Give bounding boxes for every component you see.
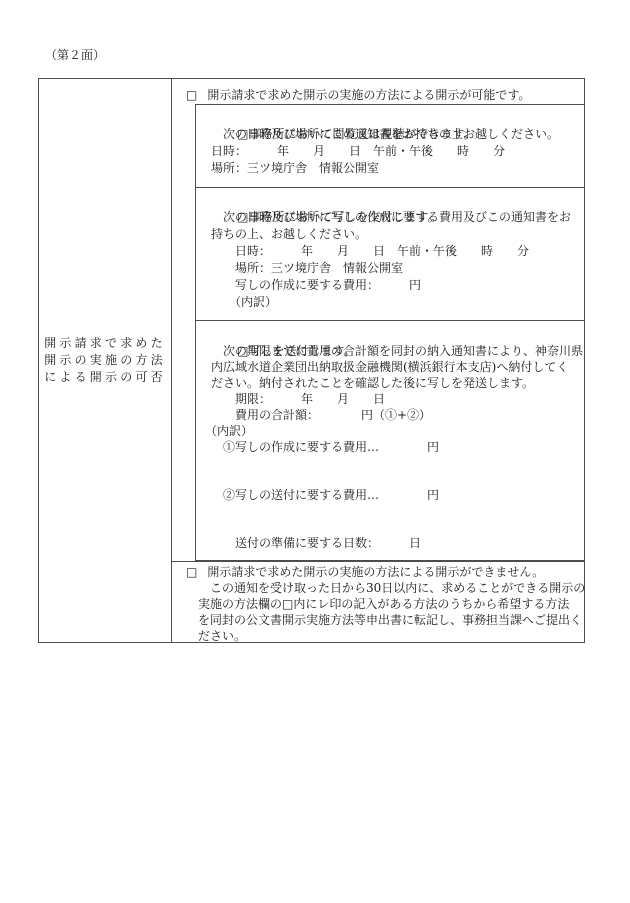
copy-office-breakdown-label: （内訳） <box>199 294 584 311</box>
impossible-instruction-3: を同封の公文書開示実施方法等申出書に転記し、事務担当課へご提出く <box>186 612 584 628</box>
section-view-or-listen: □事務所において閲覧又は視聴ができます。 次の日時及び場所にこの通知書をお持ちの… <box>196 105 584 188</box>
copy-mail-fee-item-2: ②写しの送付に要する費用… 円 <box>199 487 584 503</box>
disclosure-table: 開示請求で求めた 開示の実施の方法 による開示の可否 □ 開示請求で求めた開示の… <box>38 78 585 643</box>
view-listen-instruction: 次の日時及び場所にこの通知書をお持ちの上お越しください。 <box>199 126 584 143</box>
page-title: （第２面） <box>45 46 105 63</box>
disclosure-possible-checkbox[interactable]: □ <box>186 87 197 103</box>
disclosure-possible-label: 開示請求で求めた開示の実施の方法による開示が可能です。 <box>207 87 530 103</box>
section-copy-at-office: □事務所において写しを交付します。 次の日時及び場所に写しの作成に要する費用及び… <box>196 188 584 321</box>
row-header-line: 開示請求で求めた <box>44 335 166 352</box>
copy-mail-instruction-2: 内広域水道企業団出納取扱金融機関(横浜銀行本支店)へ納付してく <box>199 359 584 375</box>
disclosure-impossible-row: □ 開示請求で求めた開示の実施の方法による開示ができません。 この通知を受け取っ… <box>172 561 584 642</box>
disclosure-methods-box: □事務所において閲覧又は視聴ができます。 次の日時及び場所にこの通知書をお持ちの… <box>195 104 584 561</box>
disclosure-possible-row: □ 開示請求で求めた開示の実施の方法による開示が可能です。 <box>172 79 584 103</box>
copy-mail-deadline-line: 期限： 年 月 日 <box>199 391 584 407</box>
row-header-line: 開示の実施の方法 <box>44 352 166 369</box>
blank-line <box>199 519 584 535</box>
copy-mail-instruction-1: 次の期限までに費用の合計額を同封の納入通知書により、神奈川県 <box>199 343 584 359</box>
copy-office-instruction-2: 持ちの上、お越しください。 <box>199 226 584 243</box>
blank-line <box>199 455 584 471</box>
copy-office-instruction-1: 次の日時及び場所に写しの作成に要する費用及びこの通知書をお <box>199 209 584 226</box>
impossible-instruction-2: 実施の方法欄の□内にレ印の記入がある方法のうちから希望する方法 <box>186 596 584 612</box>
view-listen-place-line: 場所：三ツ境庁舎 情報公開室 <box>199 160 584 177</box>
copy-office-place-line: 場所：三ツ境庁舎 情報公開室 <box>199 260 584 277</box>
disclosure-impossible-label: 開示請求で求めた開示の実施の方法による開示ができません。 <box>207 564 544 580</box>
row-header-line: による開示の可否 <box>44 369 166 386</box>
copy-mail-instruction-3: ださい。納付されたことを確認した後に写しを発送します。 <box>199 375 584 391</box>
blank-line <box>199 503 584 519</box>
blank-line <box>199 471 584 487</box>
copy-mail-breakdown-label: （内訳） <box>199 423 584 439</box>
copy-mail-total-fee-line: 費用の合計額： 円（①+②） <box>199 407 584 423</box>
document-page: （第２面） 開示請求で求めた 開示の実施の方法 による開示の可否 □ 開示請求で… <box>0 0 630 903</box>
copy-mail-fee-item-1: ①写しの作成に要する費用… 円 <box>199 439 584 455</box>
impossible-instruction-4: ださい。 <box>186 628 584 642</box>
section-copy-by-mail: □写しを送付します。 次の期限までに費用の合計額を同封の納入通知書により、神奈川… <box>196 321 584 560</box>
copy-office-datetime-line: 日時： 年 月 日 午前・午後 時 分 <box>199 243 584 260</box>
disclosure-impossible-checkbox[interactable]: □ <box>186 564 197 580</box>
copy-mail-prep-days-line: 送付の準備に要する日数： 日 <box>199 535 584 551</box>
impossible-instruction-1: この通知を受け取った日から30日以内に、求めることができる開示の <box>186 580 584 596</box>
row-header-disclosure-availability: 開示請求で求めた 開示の実施の方法 による開示の可否 <box>39 79 172 642</box>
copy-office-fee-line: 写しの作成に要する費用： 円 <box>199 277 584 294</box>
view-listen-datetime-line: 日時： 年 月 日 午前・午後 時 分 <box>199 143 584 160</box>
